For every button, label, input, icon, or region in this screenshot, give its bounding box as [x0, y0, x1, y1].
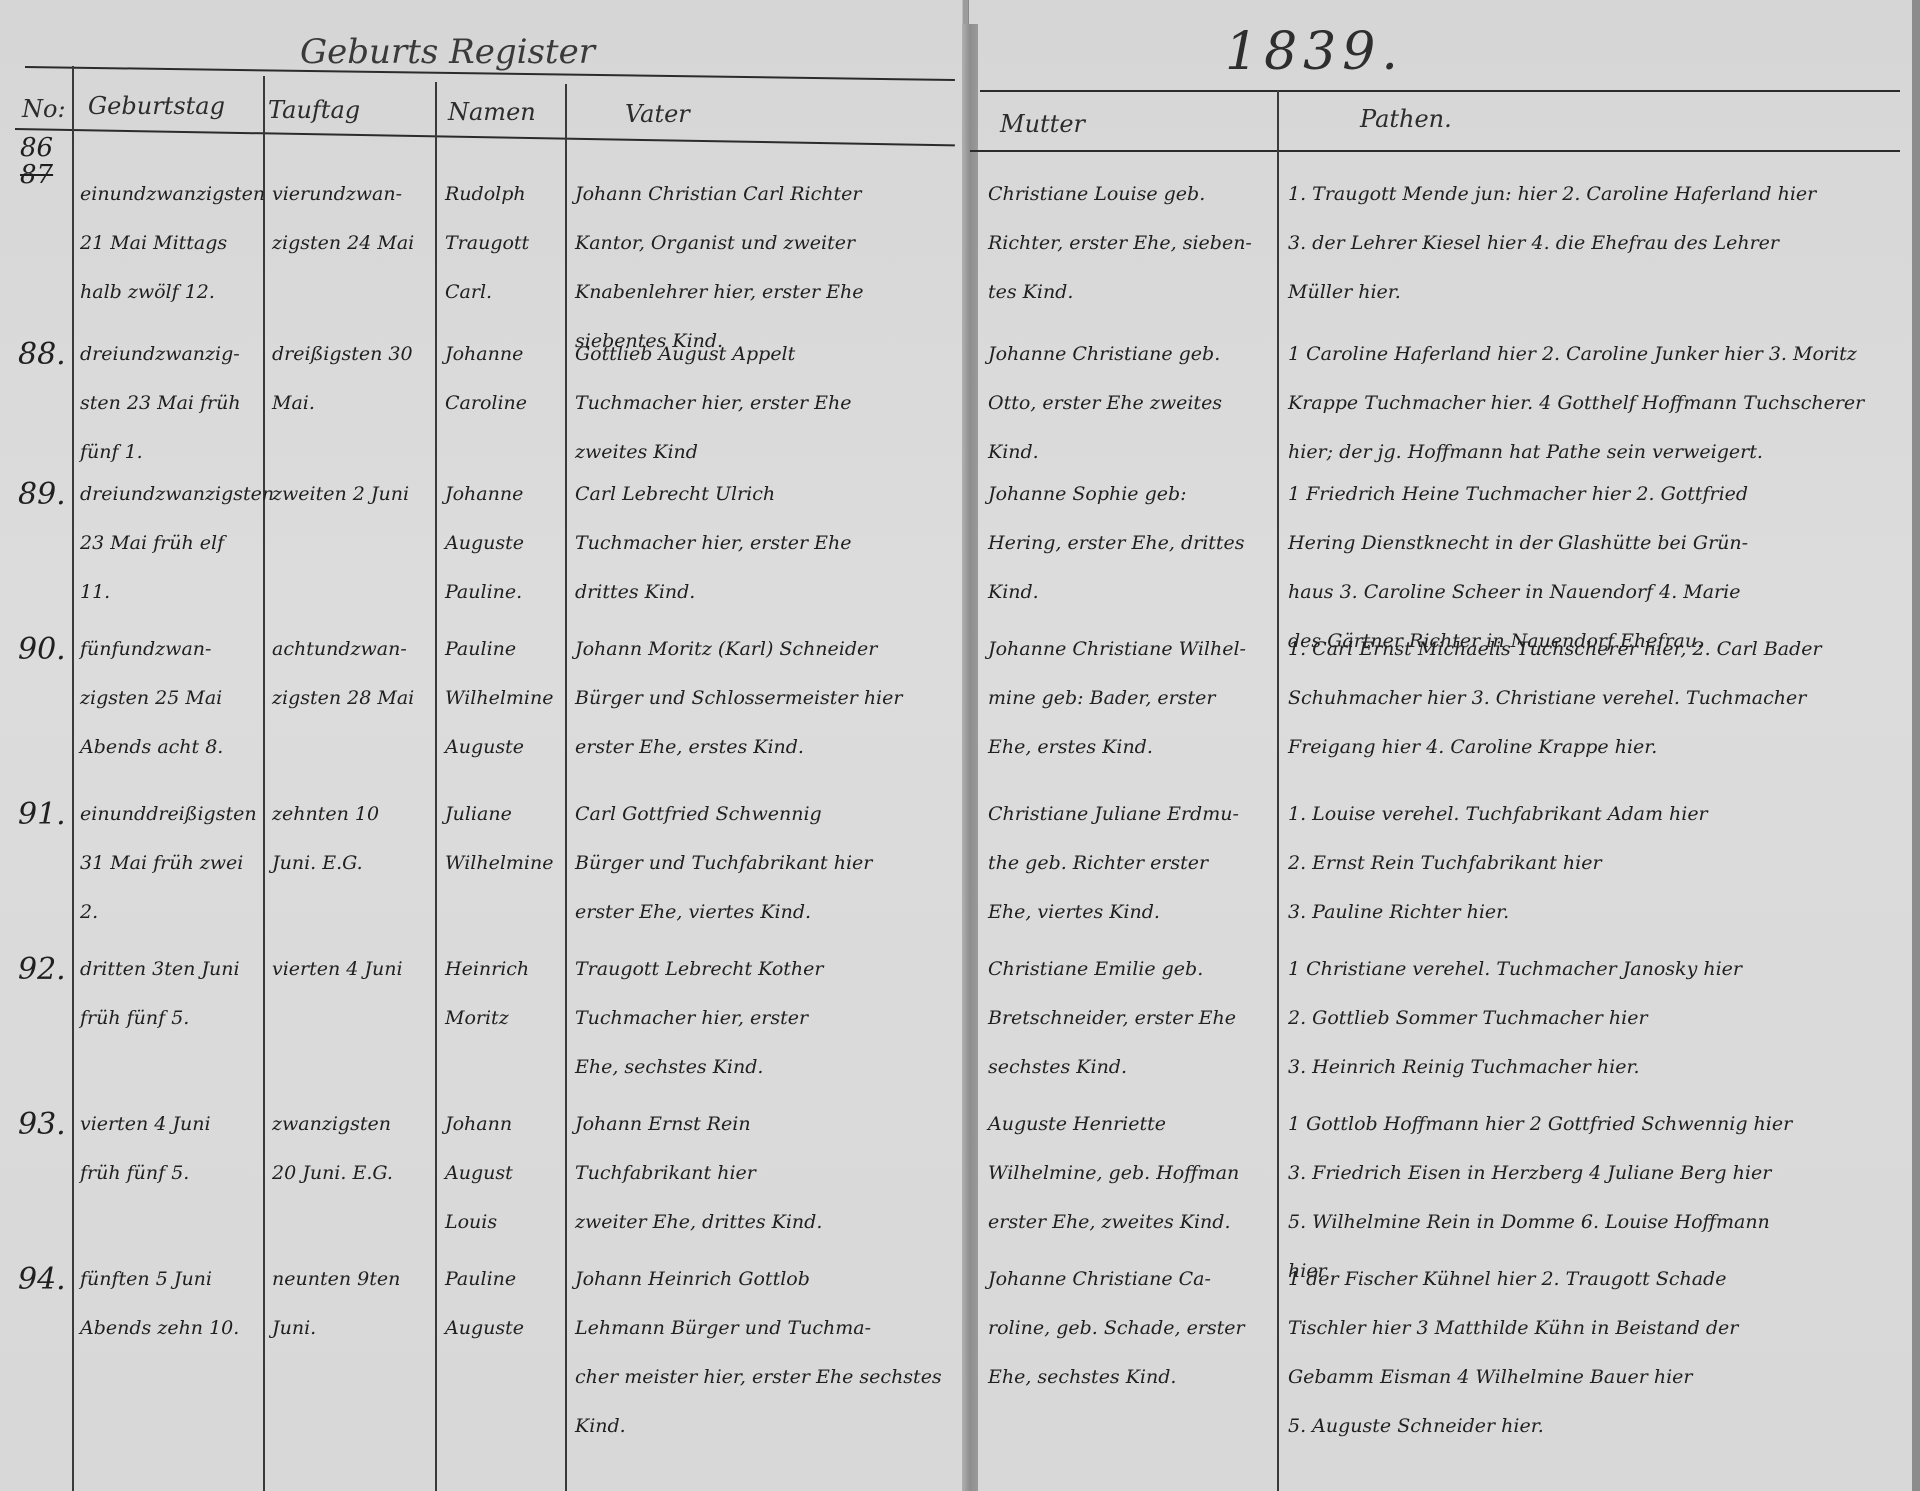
entry-pathen: 1. Carl Ernst Michaelis Tuchscherer hier…	[1288, 625, 1898, 772]
entry-tauftag: zweiten 2 Juni	[272, 470, 432, 519]
col-header-tauftag: Tauftag	[268, 96, 360, 124]
col-header-no: No:	[22, 95, 66, 123]
entry-pathen: 1 Christiane verehel. Tuchmacher Janosky…	[1288, 945, 1898, 1092]
entry-namen: Johanne Auguste Pauline.	[445, 470, 563, 617]
entry-no: 94.	[18, 1255, 70, 1304]
struck-entry-number: 87	[20, 160, 53, 190]
col-header-pathen: Pathen.	[1360, 105, 1452, 133]
col-divider-tauftag	[435, 82, 437, 1491]
entry-vater: Traugott Lebrecht Kother Tuchmacher hier…	[575, 945, 960, 1092]
entry-vater: Johann Ernst Rein Tuchfabrikant hier zwe…	[575, 1100, 960, 1247]
book-gutter	[962, 24, 978, 1491]
entry-tauftag: dreißigsten 30 Mai.	[272, 330, 432, 428]
entry-pathen: 1 Caroline Haferland hier 2. Caroline Ju…	[1288, 330, 1898, 477]
entry-geburtstag: vierten 4 Juni früh fünf 5.	[80, 1100, 260, 1198]
col-divider-no	[72, 66, 74, 1491]
entry-no: 91.	[18, 790, 70, 839]
col-divider-geburtstag	[263, 76, 265, 1491]
entry-vater: Carl Gottfried Schwennig Bürger und Tuch…	[575, 790, 960, 937]
entry-tauftag: zehnten 10 Juni. E.G.	[272, 790, 432, 888]
entry-geburtstag: dreiundzwanzigsten 23 Mai früh elf 11.	[80, 470, 260, 617]
entry-vater: Johann Heinrich Gottlob Lehmann Bürger u…	[575, 1255, 960, 1451]
entry-mutter: Johanne Christiane geb. Otto, erster Ehe…	[988, 330, 1273, 477]
entry-geburtstag: einunddreißigsten 31 Mai früh zwei 2.	[80, 790, 260, 937]
entry-vater: Gottlieb August Appelt Tuchmacher hier, …	[575, 330, 960, 477]
entry-tauftag: vierten 4 Juni	[272, 945, 432, 994]
previous-entry-number: 86	[20, 133, 53, 163]
scan-right-edge	[1912, 0, 1920, 1491]
entry-no: 93.	[18, 1100, 70, 1149]
entry-mutter: Christiane Emilie geb. Bretschneider, er…	[988, 945, 1273, 1092]
entry-pathen: 1. Traugott Mende jun: hier 2. Caroline …	[1288, 170, 1898, 317]
entry-pathen: 1. Louise verehel. Tuchfabrikant Adam hi…	[1288, 790, 1898, 937]
entry-pathen: 1 der Fischer Kühnel hier 2. Traugott Sc…	[1288, 1255, 1898, 1451]
entry-tauftag: achtundzwan- zigsten 28 Mai	[272, 625, 432, 723]
entry-namen: Johann August Louis	[445, 1100, 563, 1247]
entry-geburtstag: einundzwanzigsten 21 Mai Mittags halb zw…	[80, 170, 260, 317]
entry-no: 92.	[18, 945, 70, 994]
entry-mutter: Johanne Christiane Ca- roline, geb. Scha…	[988, 1255, 1273, 1402]
entry-namen: Heinrich Moritz	[445, 945, 563, 1043]
entry-namen: Pauline Wilhelmine Auguste	[445, 625, 563, 772]
entry-tauftag: vierundzwan- zigsten 24 Mai	[272, 170, 432, 268]
entry-vater: Johann Moritz (Karl) Schneider Bürger un…	[575, 625, 960, 772]
col-header-vater: Vater	[625, 100, 690, 128]
entry-tauftag: zwanzigsten 20 Juni. E.G.	[272, 1100, 432, 1198]
entry-mutter: Christiane Louise geb. Richter, erster E…	[988, 170, 1273, 317]
header-top-rule-right	[980, 90, 1900, 92]
col-header-geburtstag: Geburtstag	[88, 92, 225, 120]
entry-mutter: Auguste Henriette Wilhelmine, geb. Hoffm…	[988, 1100, 1273, 1247]
col-divider-namen	[565, 84, 567, 1491]
entry-namen: Johanne Caroline	[445, 330, 563, 428]
entry-geburtstag: fünften 5 Juni Abends zehn 10.	[80, 1255, 260, 1353]
entry-no: 89.	[18, 470, 70, 519]
header-bottom-rule-right	[970, 150, 1900, 152]
entry-geburtstag: fünfundzwan- zigsten 25 Mai Abends acht …	[80, 625, 260, 772]
entry-vater: Carl Lebrecht Ulrich Tuchmacher hier, er…	[575, 470, 960, 617]
entry-no: 88.	[18, 330, 70, 379]
col-header-mutter: Mutter	[1000, 110, 1085, 138]
entry-mutter: Christiane Juliane Erdmu- the geb. Richt…	[988, 790, 1273, 937]
entry-mutter: Johanne Christiane Wilhel- mine geb: Bad…	[988, 625, 1273, 772]
entry-geburtstag: dritten 3ten Juni früh fünf 5.	[80, 945, 260, 1043]
entry-geburtstag: dreiundzwanzig- sten 23 Mai früh fünf 1.	[80, 330, 260, 477]
entry-mutter: Johanne Sophie geb: Hering, erster Ehe, …	[988, 470, 1273, 617]
entry-namen: Rudolph Traugott Carl.	[445, 170, 563, 317]
col-header-namen: Namen	[448, 98, 536, 126]
register-title: Geburts Register	[300, 32, 595, 72]
entry-namen: Pauline Auguste	[445, 1255, 563, 1353]
col-divider-mutter	[1277, 90, 1279, 1491]
entry-namen: Juliane Wilhelmine	[445, 790, 563, 888]
register-year: 1839.	[1225, 22, 1404, 82]
entry-no: 90.	[18, 625, 70, 674]
entry-tauftag: neunten 9ten Juni.	[272, 1255, 432, 1353]
